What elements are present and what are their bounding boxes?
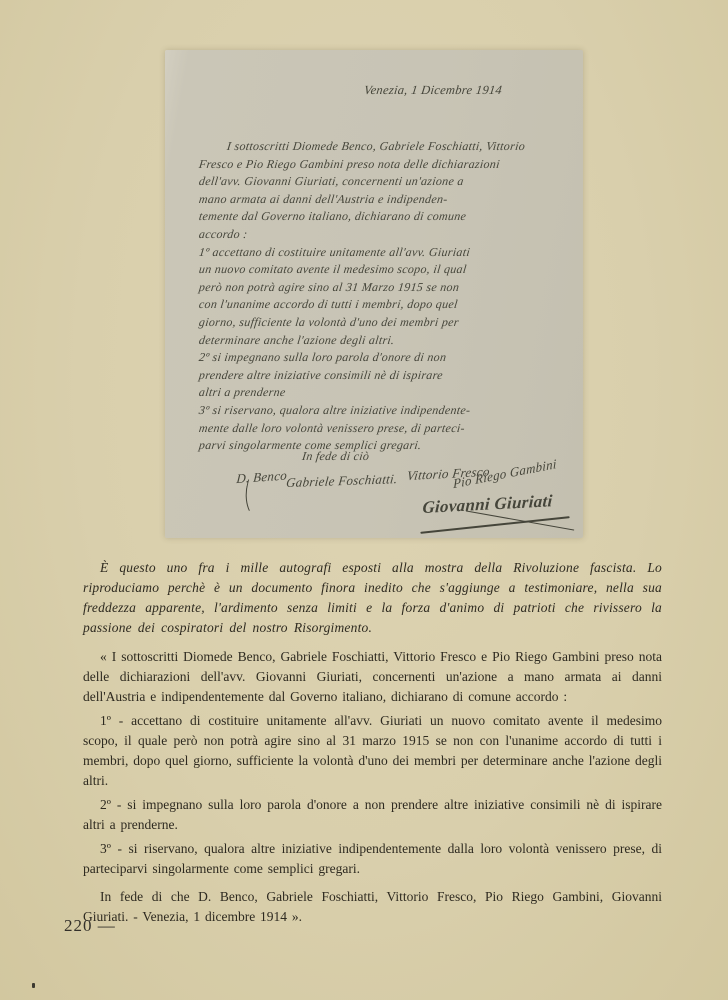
- manuscript-line: 2º si impegnano sulla loro parola d'onor…: [198, 349, 575, 367]
- manuscript-line: accordo :: [198, 226, 575, 244]
- manuscript-line: parvi singolarmente come semplici gregar…: [198, 437, 575, 455]
- manuscript-line: 3º si riservano, qualora altre iniziativ…: [198, 402, 575, 420]
- manuscript-line: dell'avv. Giovanni Giuriati, concernenti…: [198, 173, 575, 191]
- manuscript-line: prendere altre iniziative consimili nè d…: [198, 367, 575, 385]
- manuscript-line: con l'unanime accordo di tutti i membri,…: [198, 296, 575, 314]
- printed-text-block: È questo uno fra i mille autografi espos…: [83, 558, 662, 931]
- manuscript-line: giorno, sufficiente la volontà d'uno dei…: [198, 314, 575, 332]
- manuscript-line: però non potrà agire sino al 31 Marzo 19…: [198, 279, 575, 297]
- manuscript-line: un nuovo comitato avente il medesimo sco…: [198, 261, 575, 279]
- transcription-paragraph: In fede di che D. Benco, Gabriele Foschi…: [83, 887, 662, 927]
- manuscript-line: temente dal Governo italiano, dichiarano…: [198, 208, 575, 226]
- editorial-note: È questo uno fra i mille autografi espos…: [83, 558, 662, 638]
- manuscript-line: I sottoscritti Diomede Benco, Gabriele F…: [198, 138, 575, 156]
- manuscript-line: 1º accettano di costituire unitamente al…: [198, 244, 575, 262]
- transcription-paragraph: 1º - accettano di costituire unitamente …: [83, 711, 662, 791]
- manuscript-closing: In fede di ciò: [301, 449, 370, 464]
- signature-flourish: [466, 510, 575, 530]
- signature-gambini: Pio Riego Gambini: [453, 456, 557, 492]
- page-number: 220 —: [64, 916, 116, 936]
- manuscript-dateline: Venezia, 1 Dicembre 1914: [363, 83, 503, 98]
- manuscript-line: altri a prenderne: [198, 384, 575, 402]
- manuscript-line: Fresco e Pio Riego Gambini preso nota de…: [198, 156, 575, 174]
- page-blemish: [32, 983, 35, 988]
- manuscript-body: I sottoscritti Diomede Benco, Gabriele F…: [200, 138, 575, 455]
- signature-foschiatti: Gabriele Foschiatti.: [285, 471, 398, 491]
- transcription-paragraph: 3º - si riservano, qualora altre iniziat…: [83, 839, 662, 879]
- manuscript-line: mano armata ai danni dell'Austria e indi…: [198, 191, 575, 209]
- manuscript-facsimile: Venezia, 1 Dicembre 1914 I sottoscritti …: [165, 50, 583, 538]
- transcription-paragraph: « I sottoscritti Diomede Benco, Gabriele…: [83, 647, 662, 707]
- manuscript-line: mente dalle loro volontà venissero prese…: [198, 420, 575, 438]
- manuscript-line: determinare anche l'azione degli altri.: [198, 332, 575, 350]
- book-page: Venezia, 1 Dicembre 1914 I sottoscritti …: [0, 0, 728, 1000]
- transcription-paragraph: 2º - si impegnano sulla loro parola d'on…: [83, 795, 662, 835]
